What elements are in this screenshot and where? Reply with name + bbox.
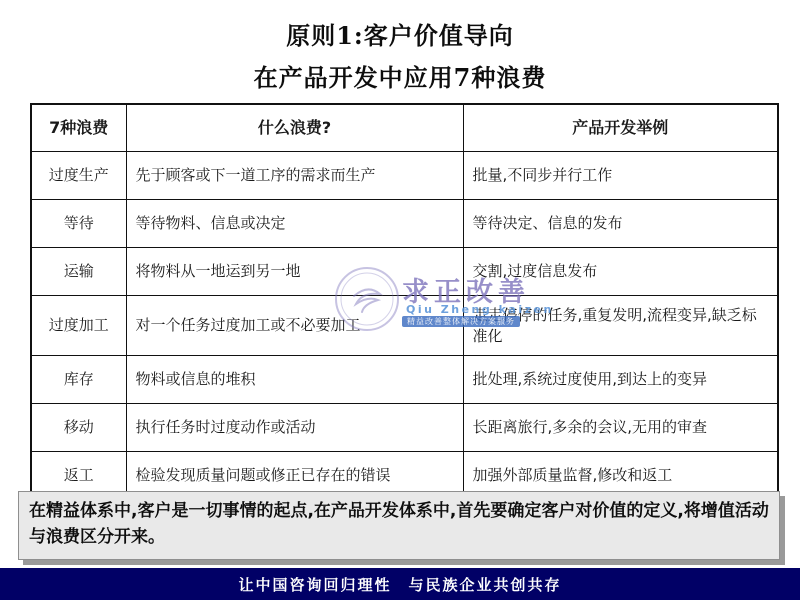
waste-example: 长距离旅行,多余的会议,无用的审查 — [463, 404, 778, 452]
waste-example: 批处理,系统过度使用,到达上的变异 — [463, 356, 778, 404]
waste-name: 移动 — [31, 404, 126, 452]
table-row: 等待 等待物料、信息或决定 等待决定、信息的发布 — [31, 200, 778, 248]
table-row: 过度加工 对一个任务过度加工或不必要加工 走走停停的任务,重复发明,流程变异,缺… — [31, 296, 778, 356]
table-row: 库存 物料或信息的堆积 批处理,系统过度使用,到达上的变异 — [31, 356, 778, 404]
table-row: 移动 执行任务时过度动作或活动 长距离旅行,多余的会议,无用的审查 — [31, 404, 778, 452]
slide-title-line1: 原则1:客户价值导向 — [0, 16, 800, 51]
summary-note-box: 在精益体系中,客户是一切事情的起点,在产品开发体系中,首先要确定客户对价值的定义… — [18, 491, 780, 560]
col-header-waste-type: 7种浪费 — [31, 104, 126, 152]
waste-definition: 等待物料、信息或决定 — [126, 200, 463, 248]
waste-name: 库存 — [31, 356, 126, 404]
waste-name: 过度加工 — [31, 296, 126, 356]
waste-definition: 物料或信息的堆积 — [126, 356, 463, 404]
col-header-example: 产品开发举例 — [463, 104, 778, 152]
table-header-row: 7种浪费 什么浪费? 产品开发举例 — [31, 104, 778, 152]
waste-definition: 对一个任务过度加工或不必要加工 — [126, 296, 463, 356]
summary-note-text: 在精益体系中,客户是一切事情的起点,在产品开发体系中,首先要确定客户对价值的定义… — [29, 501, 769, 547]
waste-example: 交割,过度信息发布 — [463, 248, 778, 296]
waste-name: 运输 — [31, 248, 126, 296]
seven-wastes-table: 7种浪费 什么浪费? 产品开发举例 过度生产 先于顾客或下一道工序的需求而生产 … — [30, 103, 779, 501]
waste-example: 批量,不同步并行工作 — [463, 152, 778, 200]
table-row: 运输 将物料从一地运到另一地 交割,过度信息发布 — [31, 248, 778, 296]
waste-example: 走走停停的任务,重复发明,流程变异,缺乏标准化 — [463, 296, 778, 356]
waste-name: 等待 — [31, 200, 126, 248]
footer-slogan: 让中国咨询回归理性 与民族企业共创共存 — [238, 574, 561, 595]
waste-definition: 先于顾客或下一道工序的需求而生产 — [126, 152, 463, 200]
footer-bar: 让中国咨询回归理性 与民族企业共创共存 — [0, 568, 800, 600]
waste-definition: 执行任务时过度动作或活动 — [126, 404, 463, 452]
col-header-what-waste: 什么浪费? — [126, 104, 463, 152]
waste-name: 过度生产 — [31, 152, 126, 200]
table-row: 过度生产 先于顾客或下一道工序的需求而生产 批量,不同步并行工作 — [31, 152, 778, 200]
presentation-slide: 原则1:客户价值导向 在产品开发中应用7种浪费 7种浪费 什么浪费? 产品开发举… — [0, 0, 800, 600]
waste-example: 等待决定、信息的发布 — [463, 200, 778, 248]
slide-title-line2: 在产品开发中应用7种浪费 — [0, 58, 800, 93]
waste-definition: 将物料从一地运到另一地 — [126, 248, 463, 296]
